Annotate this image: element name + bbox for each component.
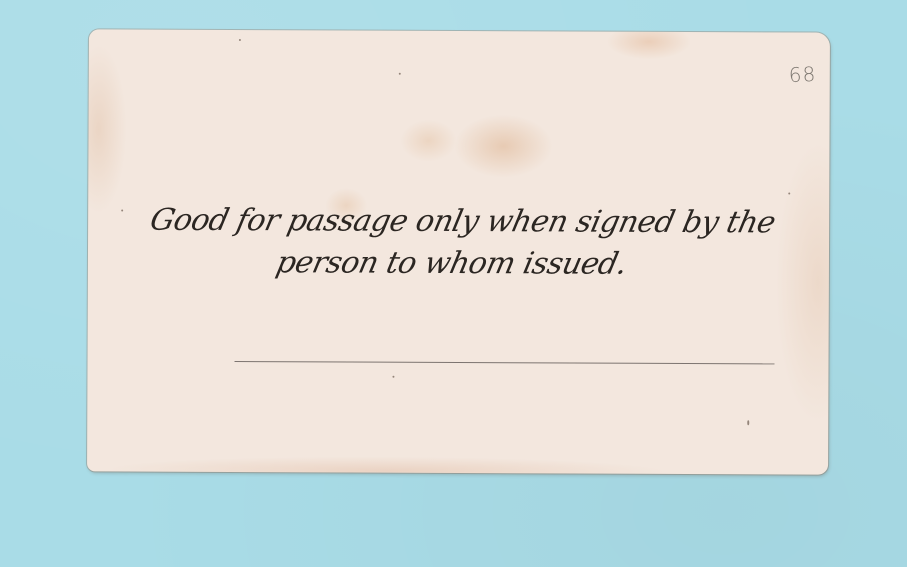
ticket-card: 68 Good for passage only when signed by … <box>87 29 830 474</box>
inscription-text: Good for passage only when signed by the… <box>137 200 775 287</box>
speck <box>788 192 790 194</box>
speck <box>399 73 401 75</box>
speck <box>239 39 241 41</box>
inscription-line-1: Good for passage only when signed by the <box>146 200 775 245</box>
speck <box>747 420 749 425</box>
pencil-annotation: 68 <box>788 62 817 87</box>
inscription-line-2: person to whom issued. <box>137 242 766 287</box>
speck <box>121 210 123 212</box>
signature-line <box>235 361 775 364</box>
speck <box>392 376 394 378</box>
